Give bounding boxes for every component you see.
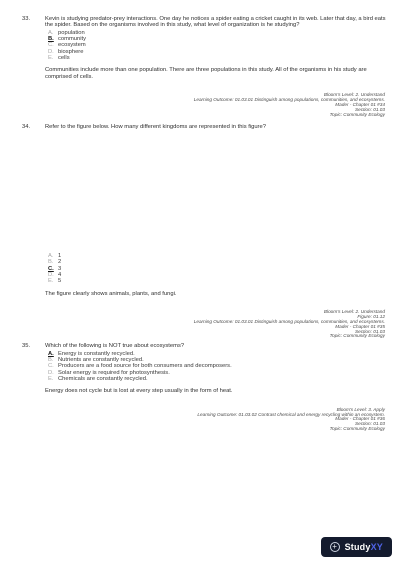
brand-name-primary: Study: [345, 542, 371, 552]
question-metadata: Bloom's Level: 2. Understand Learning Ou…: [0, 93, 400, 118]
question-number: 34.: [22, 124, 45, 297]
plus-icon: +: [330, 542, 340, 552]
metadata-line: Topic: Community Ecology: [0, 334, 385, 339]
option-letter: E.: [48, 55, 58, 61]
brand-name-accent: XY: [371, 542, 383, 552]
question-figure-placeholder: [45, 130, 388, 252]
option-letter: E.: [48, 376, 58, 382]
answer-option: E. 5: [48, 278, 388, 284]
metadata-line: Topic: Community Ecology: [0, 427, 385, 432]
answer-options: A. Energy is constantly recycled. B. Nut…: [45, 351, 388, 382]
answer-feedback: The figure clearly shows animals, plants…: [45, 291, 388, 297]
answer-options: A. population B. community C. ecosystem …: [45, 30, 388, 61]
question-stem: Kevin is studying predator-prey interact…: [45, 16, 388, 29]
question-block-33: 33. Kevin is studying predator-prey inte…: [0, 16, 400, 118]
question-block-34: 34. Refer to the figure below. How many …: [0, 124, 400, 340]
question-block-35: 35. Which of the following is NOT true a…: [0, 343, 400, 432]
answer-options: A. 1 B. 2 C. 3 D. 4: [45, 253, 388, 284]
question-number: 35.: [22, 343, 45, 394]
question-metadata: Bloom's Level: 2. Understand Figure: 01.…: [0, 310, 400, 339]
option-letter: E.: [48, 278, 58, 284]
answer-feedback: Energy does not cycle but is lost at eve…: [45, 388, 388, 394]
brand-name: StudyXY: [345, 542, 383, 552]
option-text: 5: [58, 278, 61, 284]
document-page: 33. Kevin is studying predator-prey inte…: [0, 0, 400, 566]
answer-option: E. Chemicals are constantly recycled.: [48, 376, 388, 382]
question-number: 33.: [22, 16, 45, 80]
metadata-line: Topic: Community Ecology: [0, 113, 385, 118]
studyxy-brand-badge[interactable]: + StudyXY: [321, 537, 392, 557]
answer-option: E. cells: [48, 55, 388, 61]
question-metadata: Bloom's Level: 3. Apply Learning Outcome…: [0, 408, 400, 433]
option-text: Chemicals are constantly recycled.: [58, 376, 148, 382]
question-stem: Which of the following is NOT true about…: [45, 343, 388, 349]
option-text: cells: [58, 55, 70, 61]
answer-feedback: Communities include more than one popula…: [45, 67, 388, 80]
